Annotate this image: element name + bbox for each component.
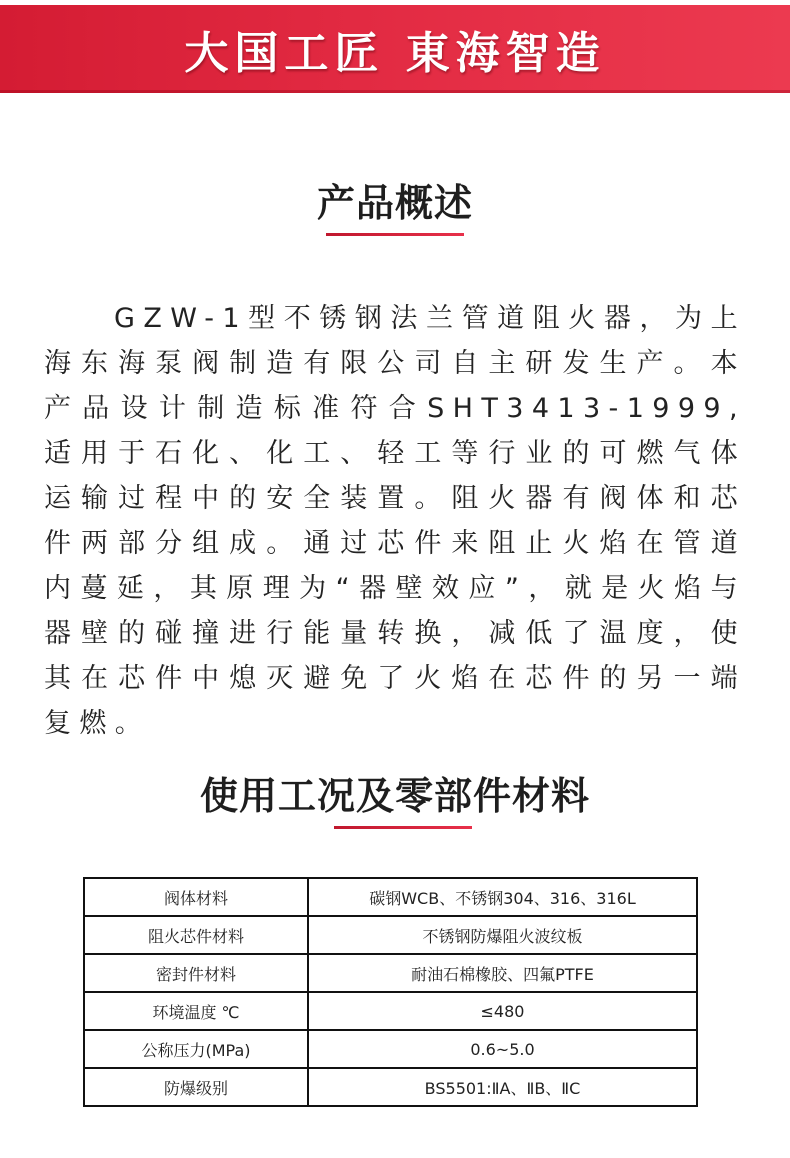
- row-label: 公称压力(MPa): [84, 1030, 308, 1068]
- header-banner: 大国工匠 東海智造: [0, 5, 790, 93]
- table-row: 阀体材料 碳钢WCB、不锈钢304、316、316L: [84, 878, 697, 916]
- row-label: 密封件材料: [84, 954, 308, 992]
- table-row: 防爆级别 BS5501:ⅡA、ⅡB、ⅡC: [84, 1068, 697, 1106]
- row-label: 阻火芯件材料: [84, 916, 308, 954]
- row-label: 环境温度 ℃: [84, 992, 308, 1030]
- materials-title: 使用工况及零部件材料: [0, 765, 790, 820]
- overview-title: 产品概述: [0, 172, 790, 227]
- overview-title-underline: [326, 233, 464, 236]
- row-value: 耐油石棉橡胶、四氟PTFE: [308, 954, 697, 992]
- row-value: ≤480: [308, 992, 697, 1030]
- row-value: 不锈钢防爆阻火波纹板: [308, 916, 697, 954]
- materials-title-underline: [334, 826, 472, 829]
- table-row: 公称压力(MPa) 0.6~5.0: [84, 1030, 697, 1068]
- table-row: 密封件材料 耐油石棉橡胶、四氟PTFE: [84, 954, 697, 992]
- overview-paragraph: GZW-1型不锈钢法兰管道阻火器，为上海东海泵阀制造有限公司自主研发生产。本产品…: [44, 296, 746, 746]
- row-value: BS5501:ⅡA、ⅡB、ⅡC: [308, 1068, 697, 1106]
- row-value: 碳钢WCB、不锈钢304、316、316L: [308, 878, 697, 916]
- row-label: 阀体材料: [84, 878, 308, 916]
- row-value: 0.6~5.0: [308, 1030, 697, 1068]
- materials-table: 阀体材料 碳钢WCB、不锈钢304、316、316L 阻火芯件材料 不锈钢防爆阻…: [83, 877, 698, 1107]
- table-row: 阻火芯件材料 不锈钢防爆阻火波纹板: [84, 916, 697, 954]
- table-row: 环境温度 ℃ ≤480: [84, 992, 697, 1030]
- banner-title: 大国工匠 東海智造: [184, 17, 605, 81]
- row-label: 防爆级别: [84, 1068, 308, 1106]
